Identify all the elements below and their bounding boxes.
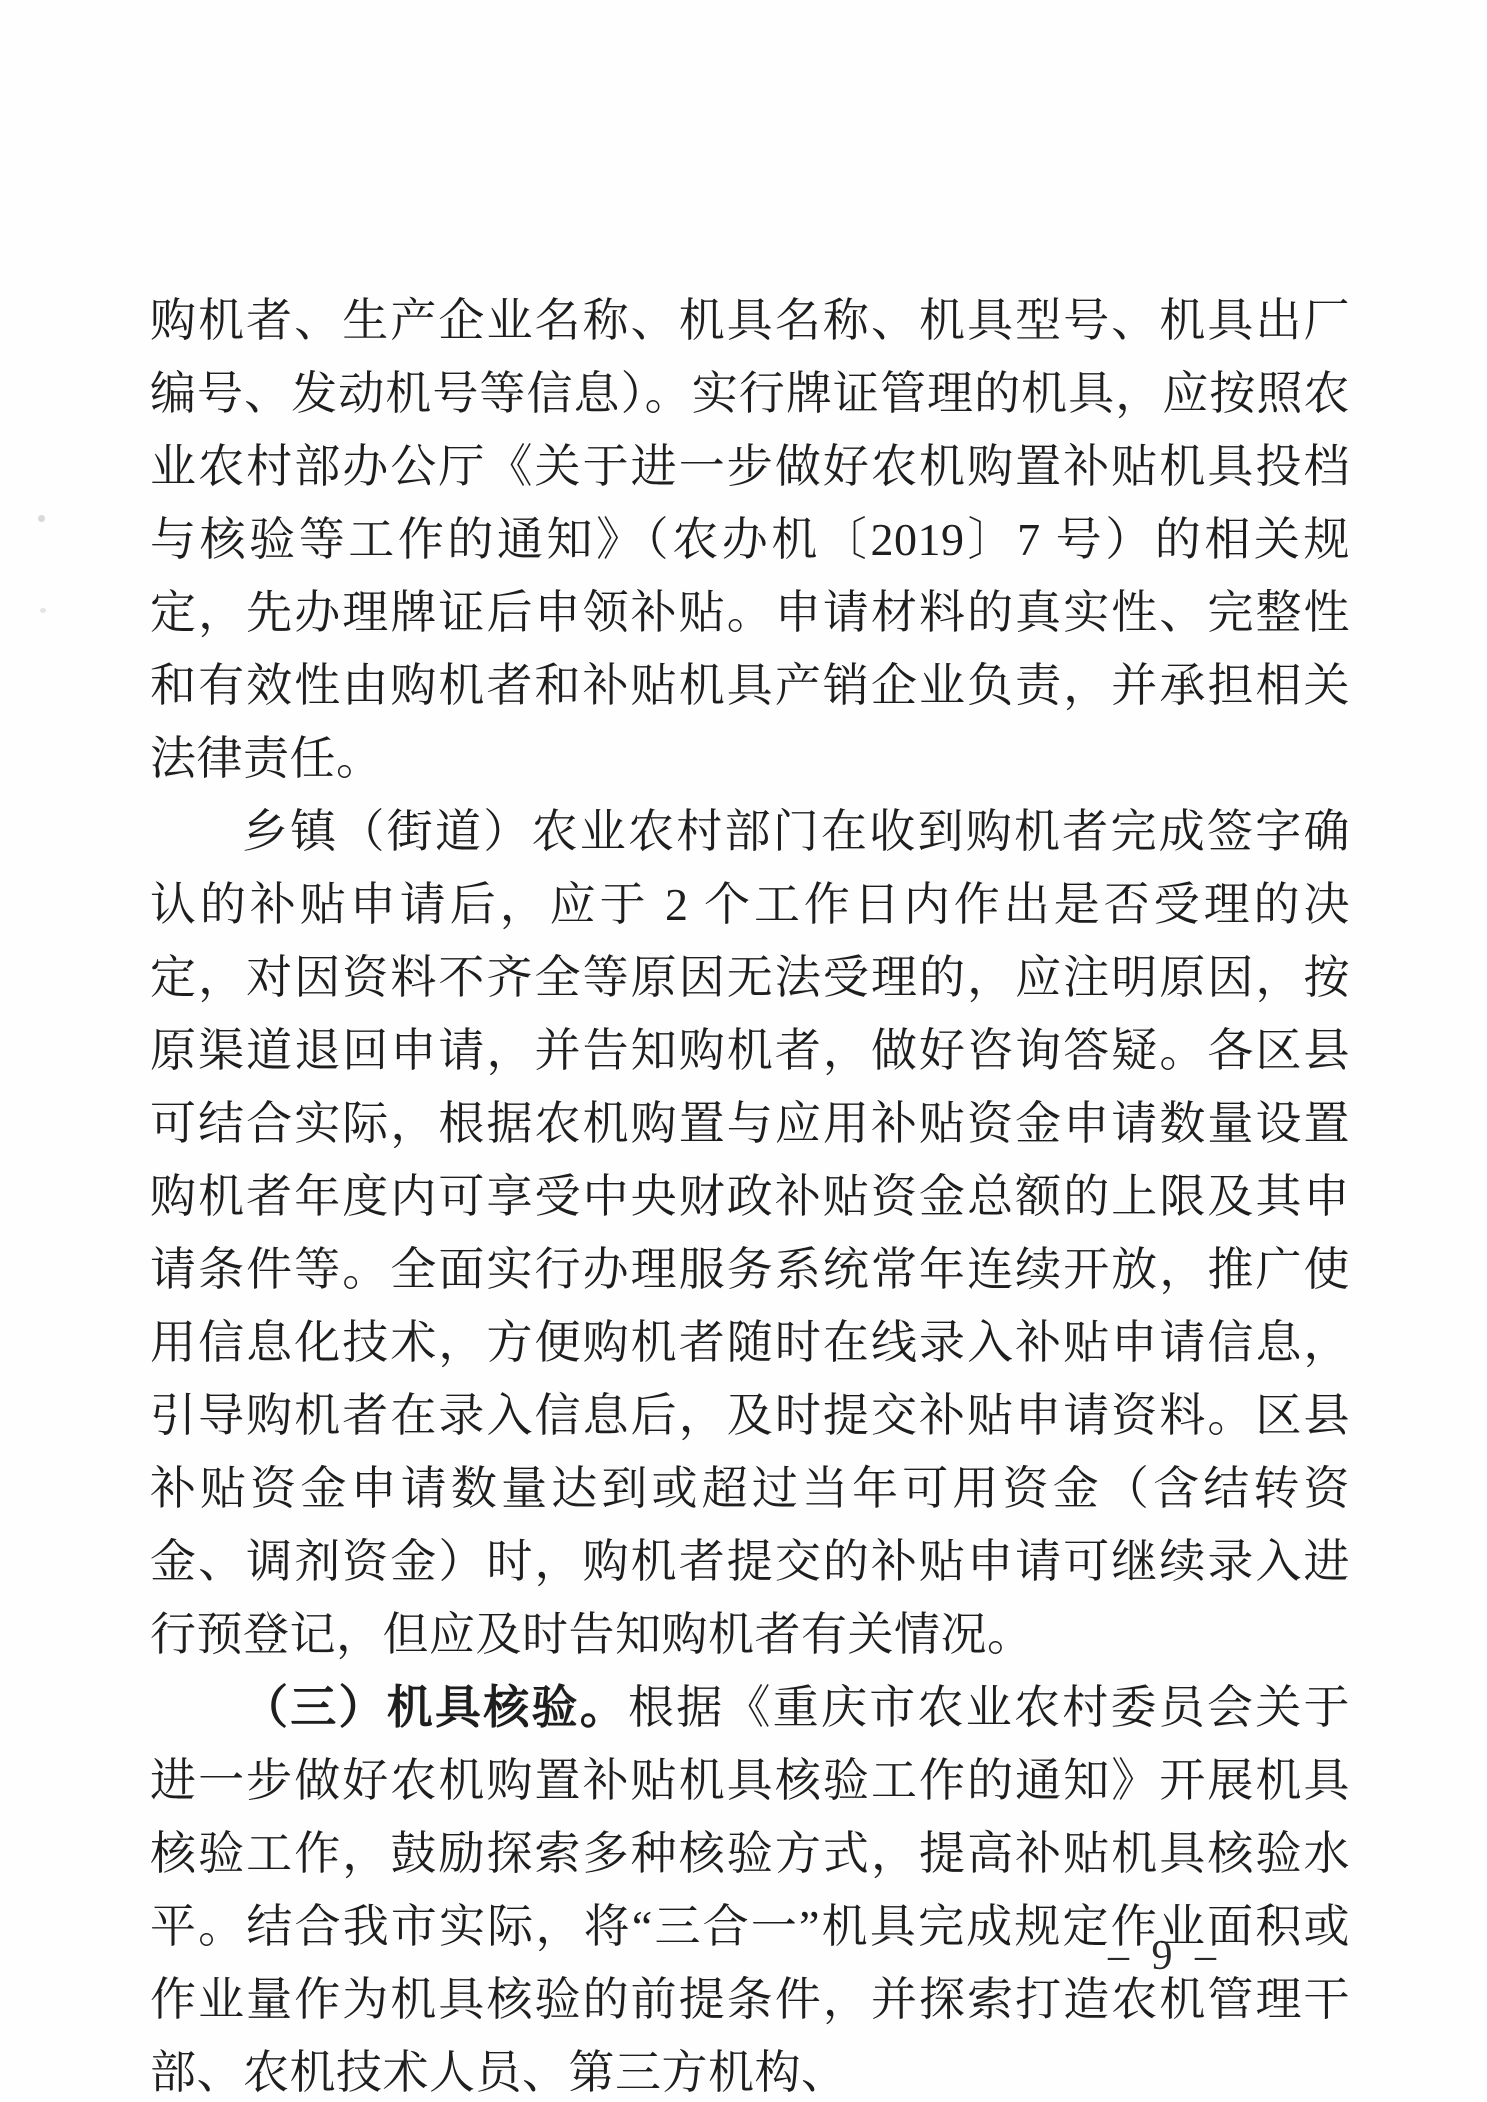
scan-speck — [40, 608, 46, 613]
paragraph-lead-bold: （三）机具核验。 — [242, 1682, 628, 1733]
page-number: – 9 – — [1108, 1932, 1222, 1980]
document-page: 购机者、生产企业名称、机具名称、机具型号、机具出厂编号、发动机号等信息）。实行牌… — [0, 0, 1487, 2102]
paragraph-application-review: 乡镇（街道）农业农村部门在收到购机者完成签字确认的补贴申请后，应于 2 个工作日… — [150, 795, 1350, 1671]
paragraph-text: 购机者、生产企业名称、机具名称、机具型号、机具出厂编号、发动机号等信息）。实行牌… — [150, 295, 1350, 784]
paragraph-machine-verification: （三）机具核验。根据《重庆市农业农村委员会关于进一步做好农机购置补贴机具核验工作… — [150, 1671, 1350, 2102]
paragraph-text: 乡镇（街道）农业农村部门在收到购机者完成签字确认的补贴申请后，应于 2 个工作日… — [150, 806, 1350, 1660]
body-text: 购机者、生产企业名称、机具名称、机具型号、机具出厂编号、发动机号等信息）。实行牌… — [150, 284, 1350, 2102]
scan-speck — [38, 515, 45, 522]
paragraph-text: 根据《重庆市农业农村委员会关于进一步做好农机购置补贴机具核验工作的通知》开展机具… — [150, 1682, 1350, 2098]
paragraph-continued: 购机者、生产企业名称、机具名称、机具型号、机具出厂编号、发动机号等信息）。实行牌… — [150, 284, 1350, 795]
